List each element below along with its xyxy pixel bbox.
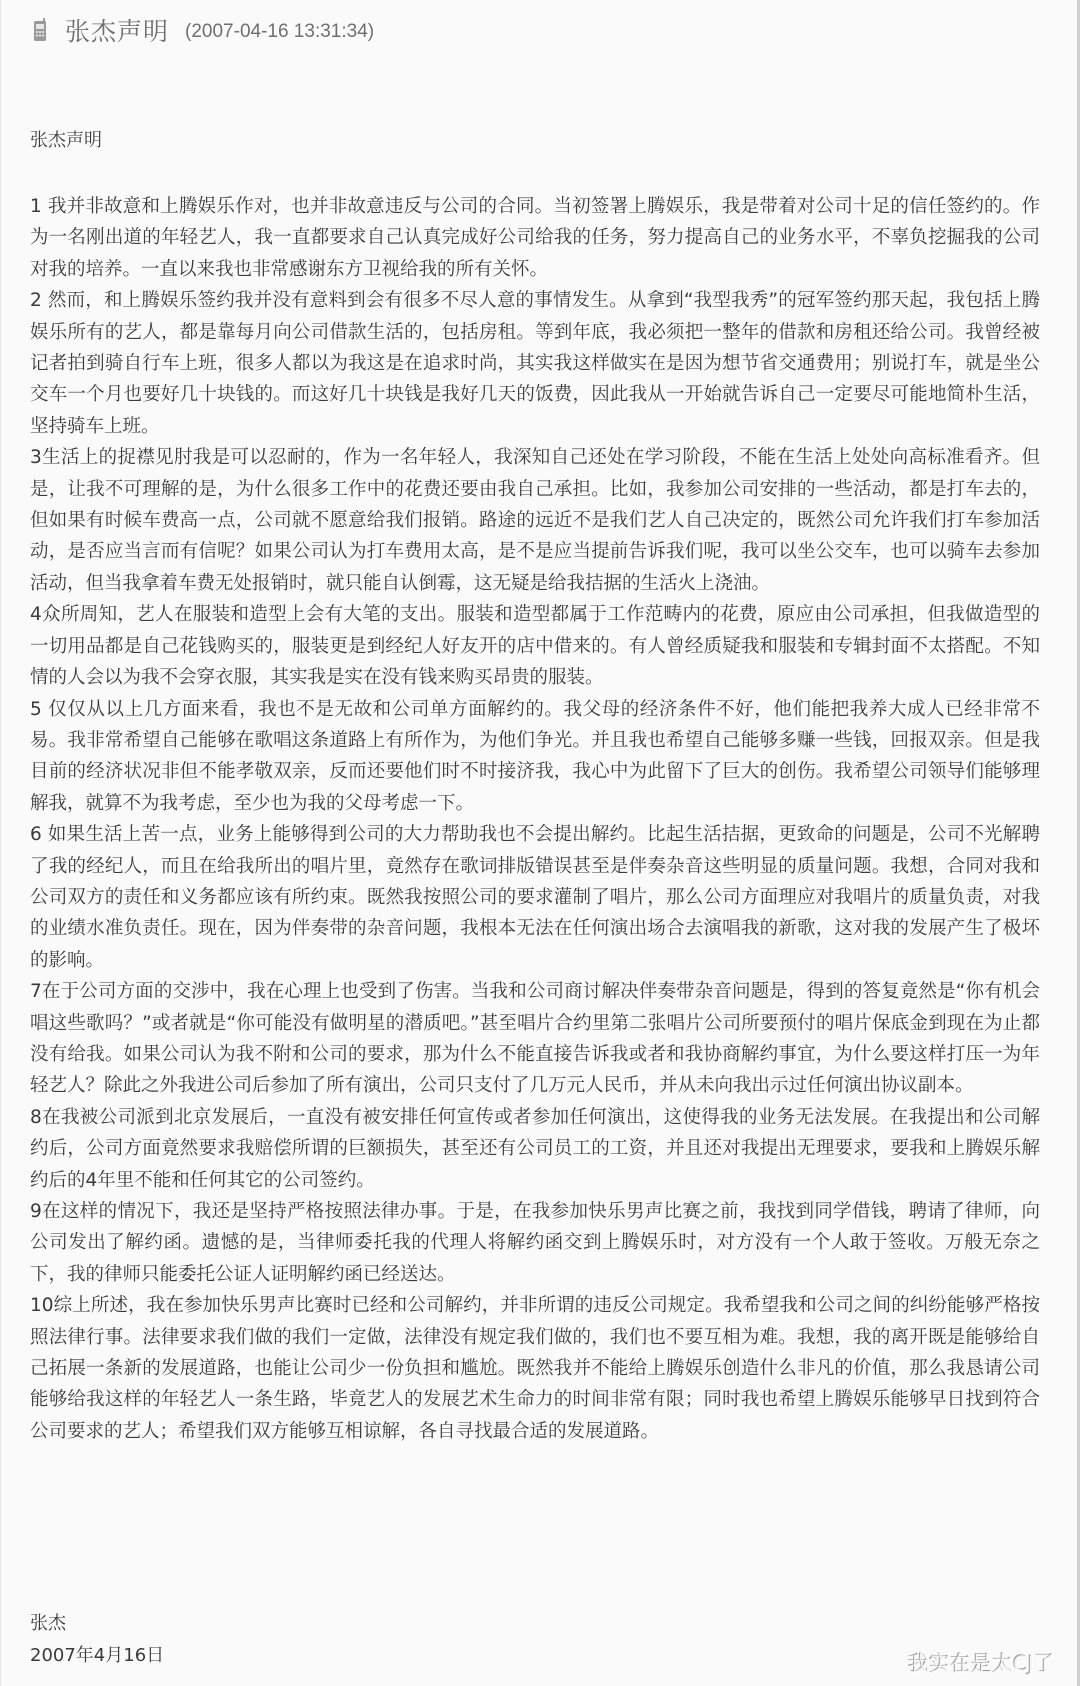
paragraph-1: 1 我并非故意和上腾娱乐作对，也并非故意违反与公司的合同。当初签署上腾娱乐，我是… — [30, 191, 1040, 285]
watermark: 我实在是太CJ了 — [908, 1648, 1055, 1678]
signature-date: 2007年4月16日 — [30, 1640, 164, 1672]
mobile-phone-icon — [33, 18, 47, 42]
paragraph-5: 5 仅仅从以上几方面来看，我也不是无故和公司单方面解约的。我父母的经济条件不好，… — [30, 694, 1040, 820]
paragraph-3: 3生活上的捉襟见肘我是可以忍耐的，作为一名年轻人，我深知自己还处在学习阶段，不能… — [30, 442, 1040, 599]
document-body: 1 我并非故意和上腾娱乐作对，也并非故意违反与公司的合同。当初签署上腾娱乐，我是… — [30, 191, 1040, 1447]
signature-name: 张杰 — [30, 1608, 164, 1640]
signature-block: 张杰 2007年4月16日 — [30, 1608, 164, 1672]
paragraph-10: 10综上所述，我在参加快乐男声比赛时已经和公司解约，并非所谓的违反公司规定。我希… — [30, 1290, 1040, 1447]
post-header: 张杰声明 (2007-04-16 13:31:34) — [33, 10, 374, 50]
paragraph-6: 6 如果生活上苦一点，业务上能够得到公司的大力帮助我也不会提出解约。比起生活拮据… — [30, 819, 1040, 976]
paragraph-7: 7在于公司方面的交涉中，我在心理上也受到了伤害。当我和公司商讨解决伴奏带杂音问题… — [30, 976, 1040, 1102]
post-timestamp: (2007-04-16 13:31:34) — [185, 18, 374, 43]
paragraph-4: 4众所周知，艺人在服装和造型上会有大笔的支出。服装和造型都属于工作范畴内的花费，… — [30, 599, 1040, 693]
post-title[interactable]: 张杰声明 — [65, 12, 169, 48]
paragraph-9: 9在这样的情况下，我还是坚持严格按照法律办事。于是，在我参加快乐男声比赛之前，我… — [30, 1196, 1040, 1290]
paragraph-2: 2 然而，和上腾娱乐签约我并没有意料到会有很多不尽人意的事情发生。从拿到“我型我… — [30, 285, 1040, 442]
paragraph-8: 8在我被公司派到北京发展后，一直没有被安排任何宣传或者参加任何演出，这使得我的业… — [30, 1102, 1040, 1196]
document-title: 张杰声明 — [30, 126, 102, 152]
document-page: 张杰声明 (2007-04-16 13:31:34) 张杰声明 1 我并非故意和… — [0, 0, 1080, 1686]
